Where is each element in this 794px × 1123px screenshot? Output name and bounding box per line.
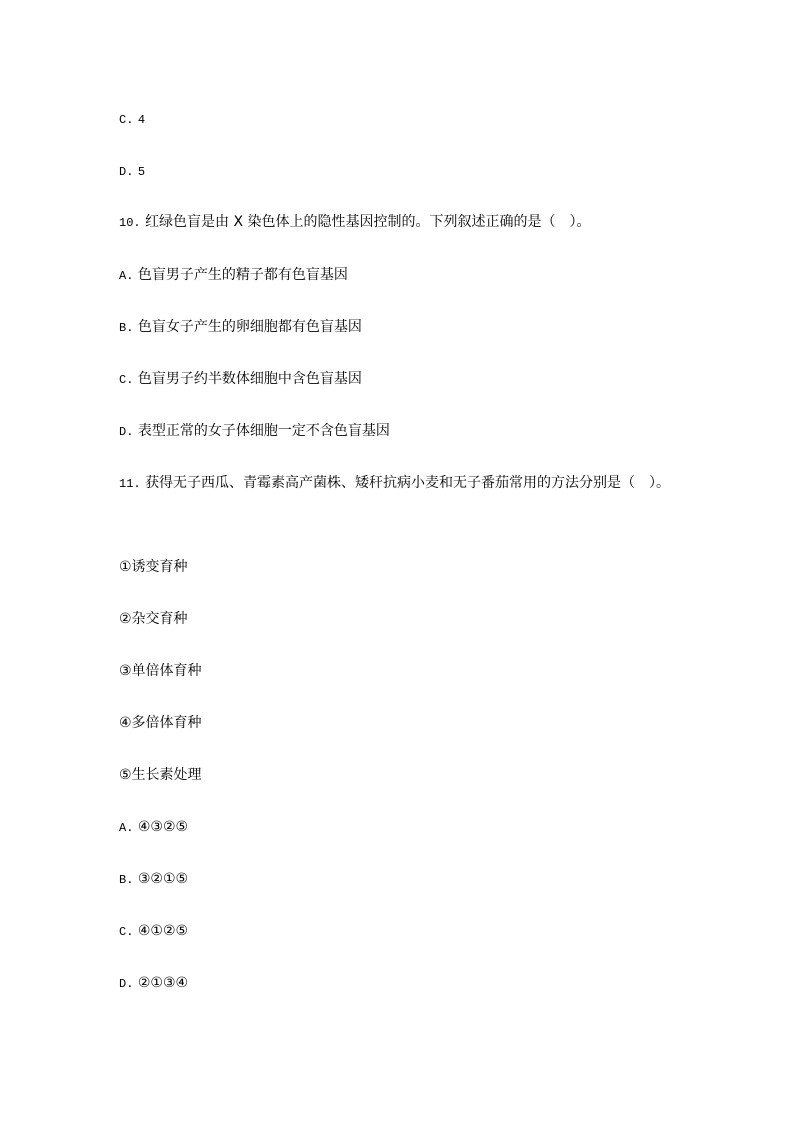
option-text: 表型正常的女子体细胞一定不含色盲基因 bbox=[138, 423, 390, 439]
option-label: C. bbox=[119, 373, 133, 387]
option-label: C. bbox=[119, 113, 133, 127]
option-text: 色盲女子产生的卵细胞都有色盲基因 bbox=[138, 319, 362, 335]
question-text: 获得无子西瓜、青霉素高产菌株、矮秆抗病小麦和无子番茄常用的方法分别是（ ）。 bbox=[145, 475, 670, 491]
q11-method-5: ⑤生长素处理 bbox=[119, 767, 202, 783]
option-text: ④①②⑤ bbox=[138, 923, 188, 939]
option-label: A. bbox=[119, 821, 133, 835]
question-number: 11. bbox=[119, 477, 141, 491]
q9-option-d: D. 5 bbox=[119, 163, 145, 180]
option-label: D. bbox=[119, 165, 133, 179]
q9-option-c: C. 4 bbox=[119, 111, 145, 128]
q10-option-b: B. 色盲女子产生的卵细胞都有色盲基因 bbox=[119, 319, 362, 336]
option-label: D. bbox=[119, 977, 133, 991]
q10-option-d: D. 表型正常的女子体细胞一定不含色盲基因 bbox=[119, 423, 390, 440]
q11-method-3: ③单倍体育种 bbox=[119, 663, 202, 679]
option-text: ③②①⑤ bbox=[138, 871, 188, 887]
option-label: C. bbox=[119, 925, 133, 939]
q11-method-1: ①诱变育种 bbox=[119, 559, 188, 575]
q11-method-2: ②杂交育种 bbox=[119, 611, 188, 627]
option-text: 4 bbox=[138, 113, 145, 127]
option-label: D. bbox=[119, 425, 133, 439]
option-text: 5 bbox=[138, 165, 145, 179]
q11-stem: 11. 获得无子西瓜、青霉素高产菌株、矮秆抗病小麦和无子番茄常用的方法分别是（ … bbox=[119, 475, 670, 492]
q10-option-c: C. 色盲男子约半数体细胞中含色盲基因 bbox=[119, 371, 362, 388]
q10-option-a: A. 色盲男子产生的精子都有色盲基因 bbox=[119, 267, 348, 284]
option-label: B. bbox=[119, 873, 133, 887]
option-text: ④③②⑤ bbox=[138, 819, 188, 835]
option-label: B. bbox=[119, 321, 133, 335]
q11-method-4: ④多倍体育种 bbox=[119, 715, 202, 731]
option-label: A. bbox=[119, 269, 133, 283]
question-text: 红绿色盲是由 X 染色体上的隐性基因控制的。下列叙述正确的是（ ）。 bbox=[145, 214, 591, 230]
q11-option-c: C. ④①②⑤ bbox=[119, 923, 188, 940]
option-text: 色盲男子产生的精子都有色盲基因 bbox=[138, 267, 348, 283]
q11-option-a: A. ④③②⑤ bbox=[119, 819, 188, 836]
question-number: 10. bbox=[119, 216, 141, 230]
q11-option-d: D. ②①③④ bbox=[119, 975, 188, 992]
q11-option-b: B. ③②①⑤ bbox=[119, 871, 188, 888]
option-text: ②①③④ bbox=[138, 975, 188, 991]
q10-stem: 10. 红绿色盲是由 X 染色体上的隐性基因控制的。下列叙述正确的是（ ）。 bbox=[119, 214, 591, 231]
option-text: 色盲男子约半数体细胞中含色盲基因 bbox=[138, 371, 362, 387]
